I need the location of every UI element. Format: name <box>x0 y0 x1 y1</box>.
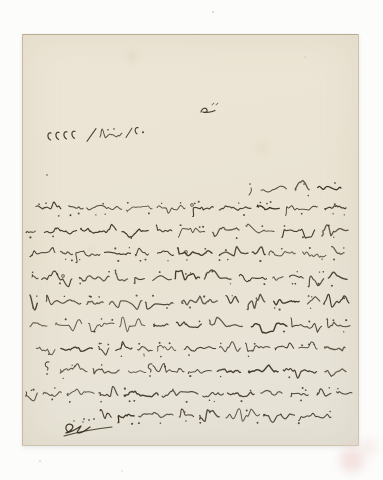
pink-smudge <box>360 439 376 455</box>
background-speck <box>212 11 214 13</box>
letter-paper <box>22 34 359 446</box>
background-speck <box>121 470 123 472</box>
pink-smudge <box>340 448 364 472</box>
background-speck <box>39 460 41 462</box>
photo-background <box>0 0 383 480</box>
